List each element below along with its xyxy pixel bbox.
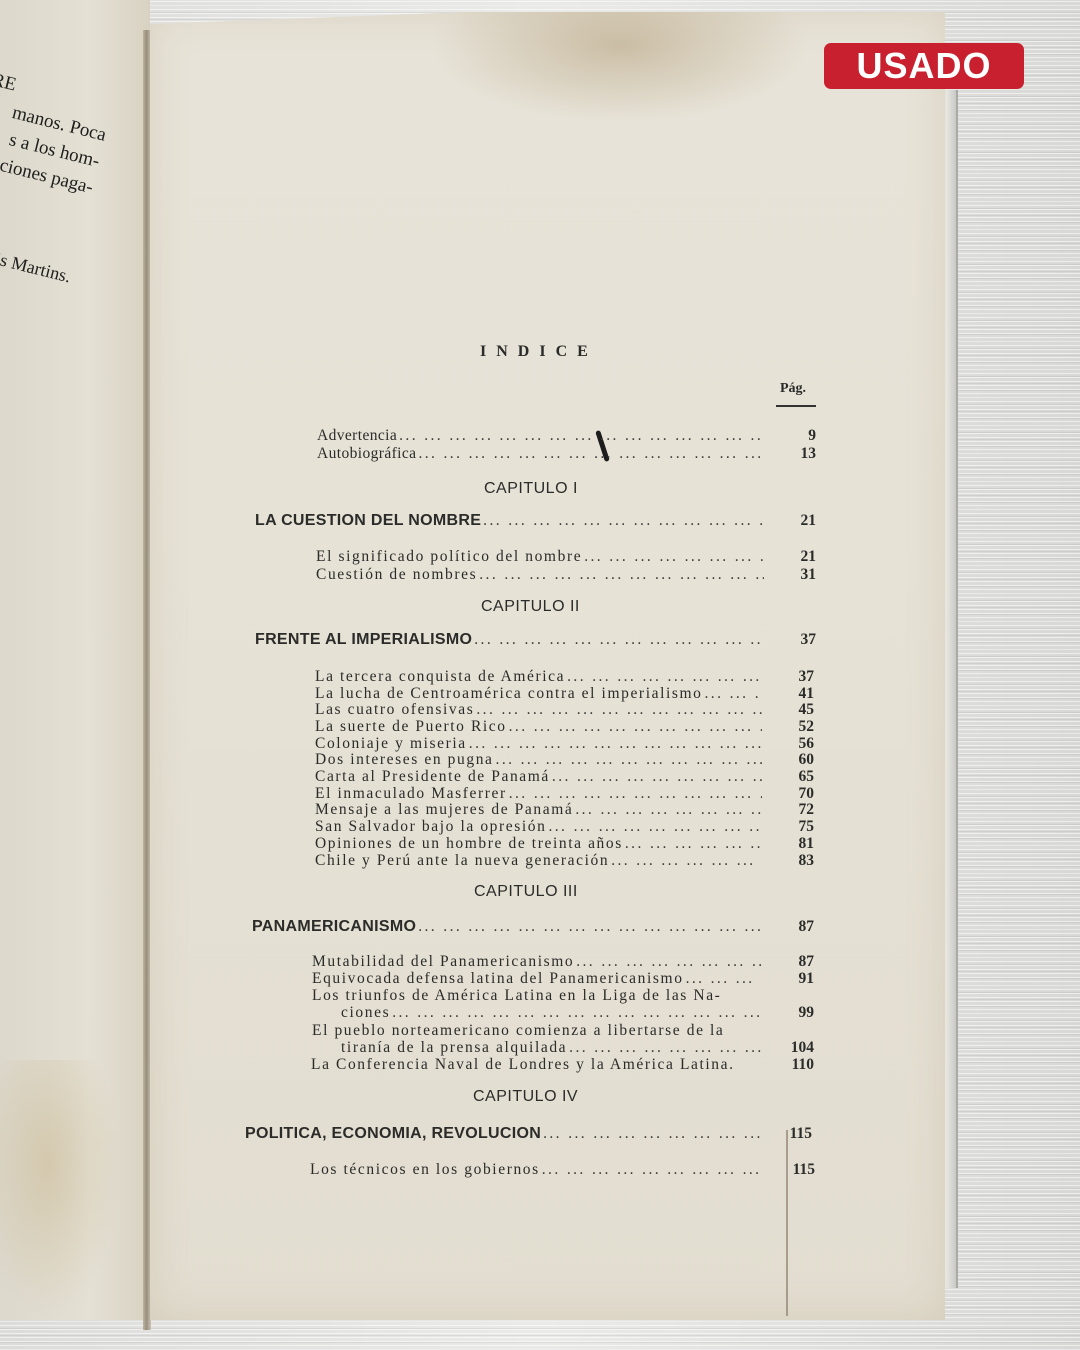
toc-section: FRENTE AL IMPERIALISMO 37 [255, 631, 764, 648]
toc-entry-line1: Los triunfos de América Latina en la Lig… [312, 987, 762, 1004]
table-of-contents: INDICE Pág. Advertencia 9 Autobiográfica… [0, 0, 1080, 1350]
toc-entry: Advertencia 9 [317, 427, 764, 444]
page-number: 72 [774, 801, 814, 818]
page-number: 81 [774, 835, 814, 852]
chapter-heading: CAPITULO II [481, 598, 580, 616]
toc-entry: Mensaje a las mujeres de Panamá 72 [315, 801, 762, 818]
chapter-heading: CAPITULO I [484, 480, 578, 498]
page-number: 104 [774, 1039, 814, 1056]
toc-entry-continuation: ciones 99 [341, 1004, 762, 1021]
toc-entry: El significado político del nombre 21 [316, 548, 764, 565]
toc-entry-line1: El pueblo norteamericano comienza a libe… [312, 1022, 762, 1039]
page-number: 75 [774, 818, 814, 835]
toc-entry: Opiniones de un hombre de treinta años 8… [315, 835, 762, 852]
page-number: 37 [776, 631, 816, 648]
page-number: 70 [774, 785, 814, 802]
page-number: 21 [776, 512, 816, 529]
toc-entry: Dos intereses en pugna 60 [315, 751, 762, 768]
page-number: 21 [776, 548, 816, 565]
toc-entry: La tercera conquista de América 37 [315, 668, 762, 685]
toc-entry: Autobiográfica 13 [317, 445, 764, 462]
toc-entry: Carta al Presidente de Panamá 65 [315, 768, 762, 785]
chapter-heading: CAPITULO IV [473, 1088, 578, 1106]
toc-section: PANAMERICANISMO 87 [252, 918, 762, 935]
page-number: 9 [776, 427, 816, 444]
page-number: 60 [774, 751, 814, 768]
toc-entry: Cuestión de nombres 31 [316, 566, 764, 583]
toc-entry: La suerte de Puerto Rico 52 [315, 718, 762, 735]
page-number: 115 [772, 1125, 812, 1142]
page-number: 45 [774, 701, 814, 718]
page-number: 52 [774, 718, 814, 735]
toc-entry: El inmaculado Masferrer 70 [315, 785, 762, 802]
toc-entry-continuation: tiranía de la prensa alquilada 104 [341, 1039, 762, 1056]
page-number: 13 [776, 445, 816, 462]
toc-entry: Chile y Perú ante la nueva generación 83 [315, 852, 762, 869]
page-column-header: Pág. [780, 381, 806, 397]
toc-title: INDICE [480, 343, 598, 361]
toc-entry: Los técnicos en los gobiernos 115 [310, 1161, 763, 1178]
toc-section: POLITICA, ECONOMIA, REVOLUCION 115 [245, 1125, 760, 1142]
page-number: 37 [774, 668, 814, 685]
page-number: 83 [774, 852, 814, 869]
page-number: 31 [776, 566, 816, 583]
page-number: 87 [774, 953, 814, 970]
toc-entry: Coloniaje y miseria 56 [315, 735, 762, 752]
toc-section: LA CUESTION DEL NOMBRE 21 [255, 512, 764, 529]
page-number: 91 [774, 970, 814, 987]
toc-entry: San Salvador bajo la opresión 75 [315, 818, 762, 835]
page-number: 99 [774, 1004, 814, 1021]
toc-entry: Equivocada defensa latina del Panamerica… [312, 970, 762, 987]
toc-entry: La lucha de Centroamérica contra el impe… [315, 685, 762, 702]
chapter-heading: CAPITULO III [474, 883, 578, 901]
page-number: 110 [774, 1056, 814, 1073]
toc-entry: Las cuatro ofensivas 45 [315, 701, 762, 718]
toc-entry: Mutabilidad del Panamericanismo 87 [312, 953, 762, 970]
used-condition-badge: USADO [824, 43, 1024, 89]
page-number: 87 [774, 918, 814, 935]
page-number: 56 [774, 735, 814, 752]
page-number: 115 [775, 1161, 815, 1178]
page-column-rule [776, 405, 816, 407]
page-number: 41 [774, 685, 814, 702]
toc-entry: La Conferencia Naval de Londres y la Amé… [311, 1056, 762, 1073]
page-number: 65 [774, 768, 814, 785]
